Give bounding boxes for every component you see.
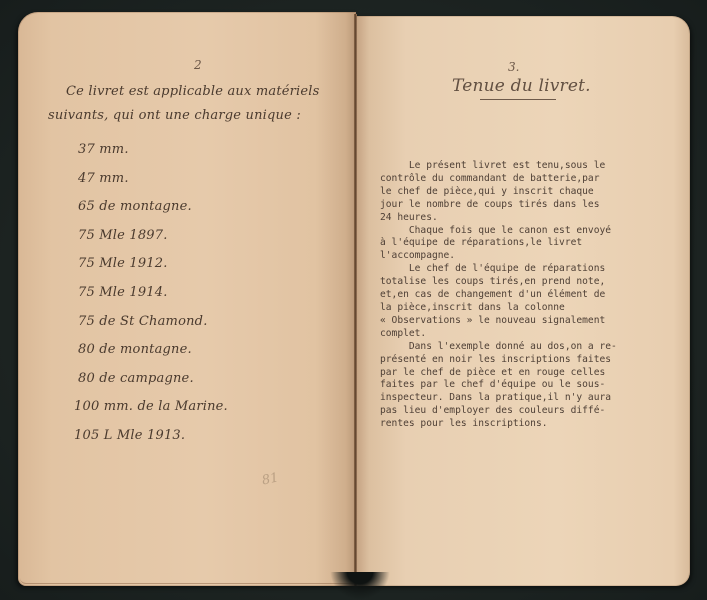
text-line: Le chef de l'équipe de réparations: [380, 263, 686, 276]
text-line: le chef de pièce,qui y inscrit chaque: [380, 186, 686, 199]
text-line: « Observations » le nouveau signalement: [380, 315, 686, 328]
text-line: et,en cas de changement d'un élément de: [380, 289, 686, 302]
material-item: 65 de montagne.: [78, 193, 228, 222]
text-line: complet.: [380, 328, 686, 341]
material-item: 105 L Mle 1913.: [74, 422, 228, 451]
text-line: à l'équipe de réparations,le livret: [380, 237, 686, 250]
material-item: 100 mm. de la Marine.: [74, 393, 228, 422]
text-line: inspecteur. Dans la pratique,il n'y aura: [380, 392, 686, 405]
text-line: faites par le chef d'équipe ou le sous-: [380, 379, 686, 392]
text-line: l'accompagne.: [380, 250, 686, 263]
text-line: Dans l'exemple donné au dos,on a re-: [380, 341, 686, 354]
right-page: 3. Tenue du livret. Le présent livret es…: [356, 16, 690, 586]
page-number-left: 2: [194, 58, 202, 72]
material-item: 80 de campagne.: [78, 365, 228, 394]
text-line: par le chef de pièce et en rouge celles: [380, 367, 686, 380]
page-number-right: 3.: [508, 60, 519, 74]
intro-line-1: Ce livret est applicable aux matériels: [50, 80, 350, 104]
material-item: 37 mm.: [78, 136, 228, 165]
text-line: la pièce,inscrit dans la colonne: [380, 302, 686, 315]
text-line: jour le nombre de coups tirés dans les: [380, 199, 686, 212]
text-line: contrôle du commandant de batterie,par: [380, 173, 686, 186]
material-item: 80 de montagne.: [78, 336, 228, 365]
material-item: 75 de St Chamond.: [78, 308, 228, 337]
section-title: Tenue du livret.: [452, 76, 591, 96]
left-page: 2 Ce livret est applicable aux matériels…: [18, 12, 356, 586]
intro-text: Ce livret est applicable aux matériels s…: [50, 80, 350, 128]
text-line: pas lieu d'employer des couleurs diffé-: [380, 405, 686, 418]
text-line: rentes pour les inscriptions.: [380, 418, 686, 431]
booklet-spine: [354, 14, 357, 586]
material-item: 47 mm.: [78, 165, 228, 194]
paragraph: Le présent livret est tenu,sous le contr…: [380, 160, 686, 225]
paragraph: Le chef de l'équipe de réparations total…: [380, 263, 686, 340]
paragraph: Dans l'exemple donné au dos,on a re- pré…: [380, 341, 686, 431]
text-line: présenté en noir les inscriptions faites: [380, 354, 686, 367]
material-item: 75 Mle 1912.: [78, 250, 228, 279]
pencil-mark: 81: [261, 470, 280, 488]
text-line: Chaque fois que le canon est envoyé: [380, 225, 686, 238]
text-line: 24 heures.: [380, 212, 686, 225]
text-line: Le présent livret est tenu,sous le: [380, 160, 686, 173]
materials-list: 37 mm. 47 mm. 65 de montagne. 75 Mle 189…: [78, 136, 228, 451]
intro-line-2: suivants, qui ont une charge unique :: [48, 104, 350, 128]
material-item: 75 Mle 1914.: [78, 279, 228, 308]
typed-body: Le présent livret est tenu,sous le contr…: [380, 160, 686, 431]
paragraph: Chaque fois que le canon est envoyé à l'…: [380, 225, 686, 264]
material-item: 75 Mle 1897.: [78, 222, 228, 251]
title-underline: [480, 99, 556, 100]
spine-shadow: [330, 572, 390, 600]
text-line: totalise les coups tirés,en prend note,: [380, 276, 686, 289]
